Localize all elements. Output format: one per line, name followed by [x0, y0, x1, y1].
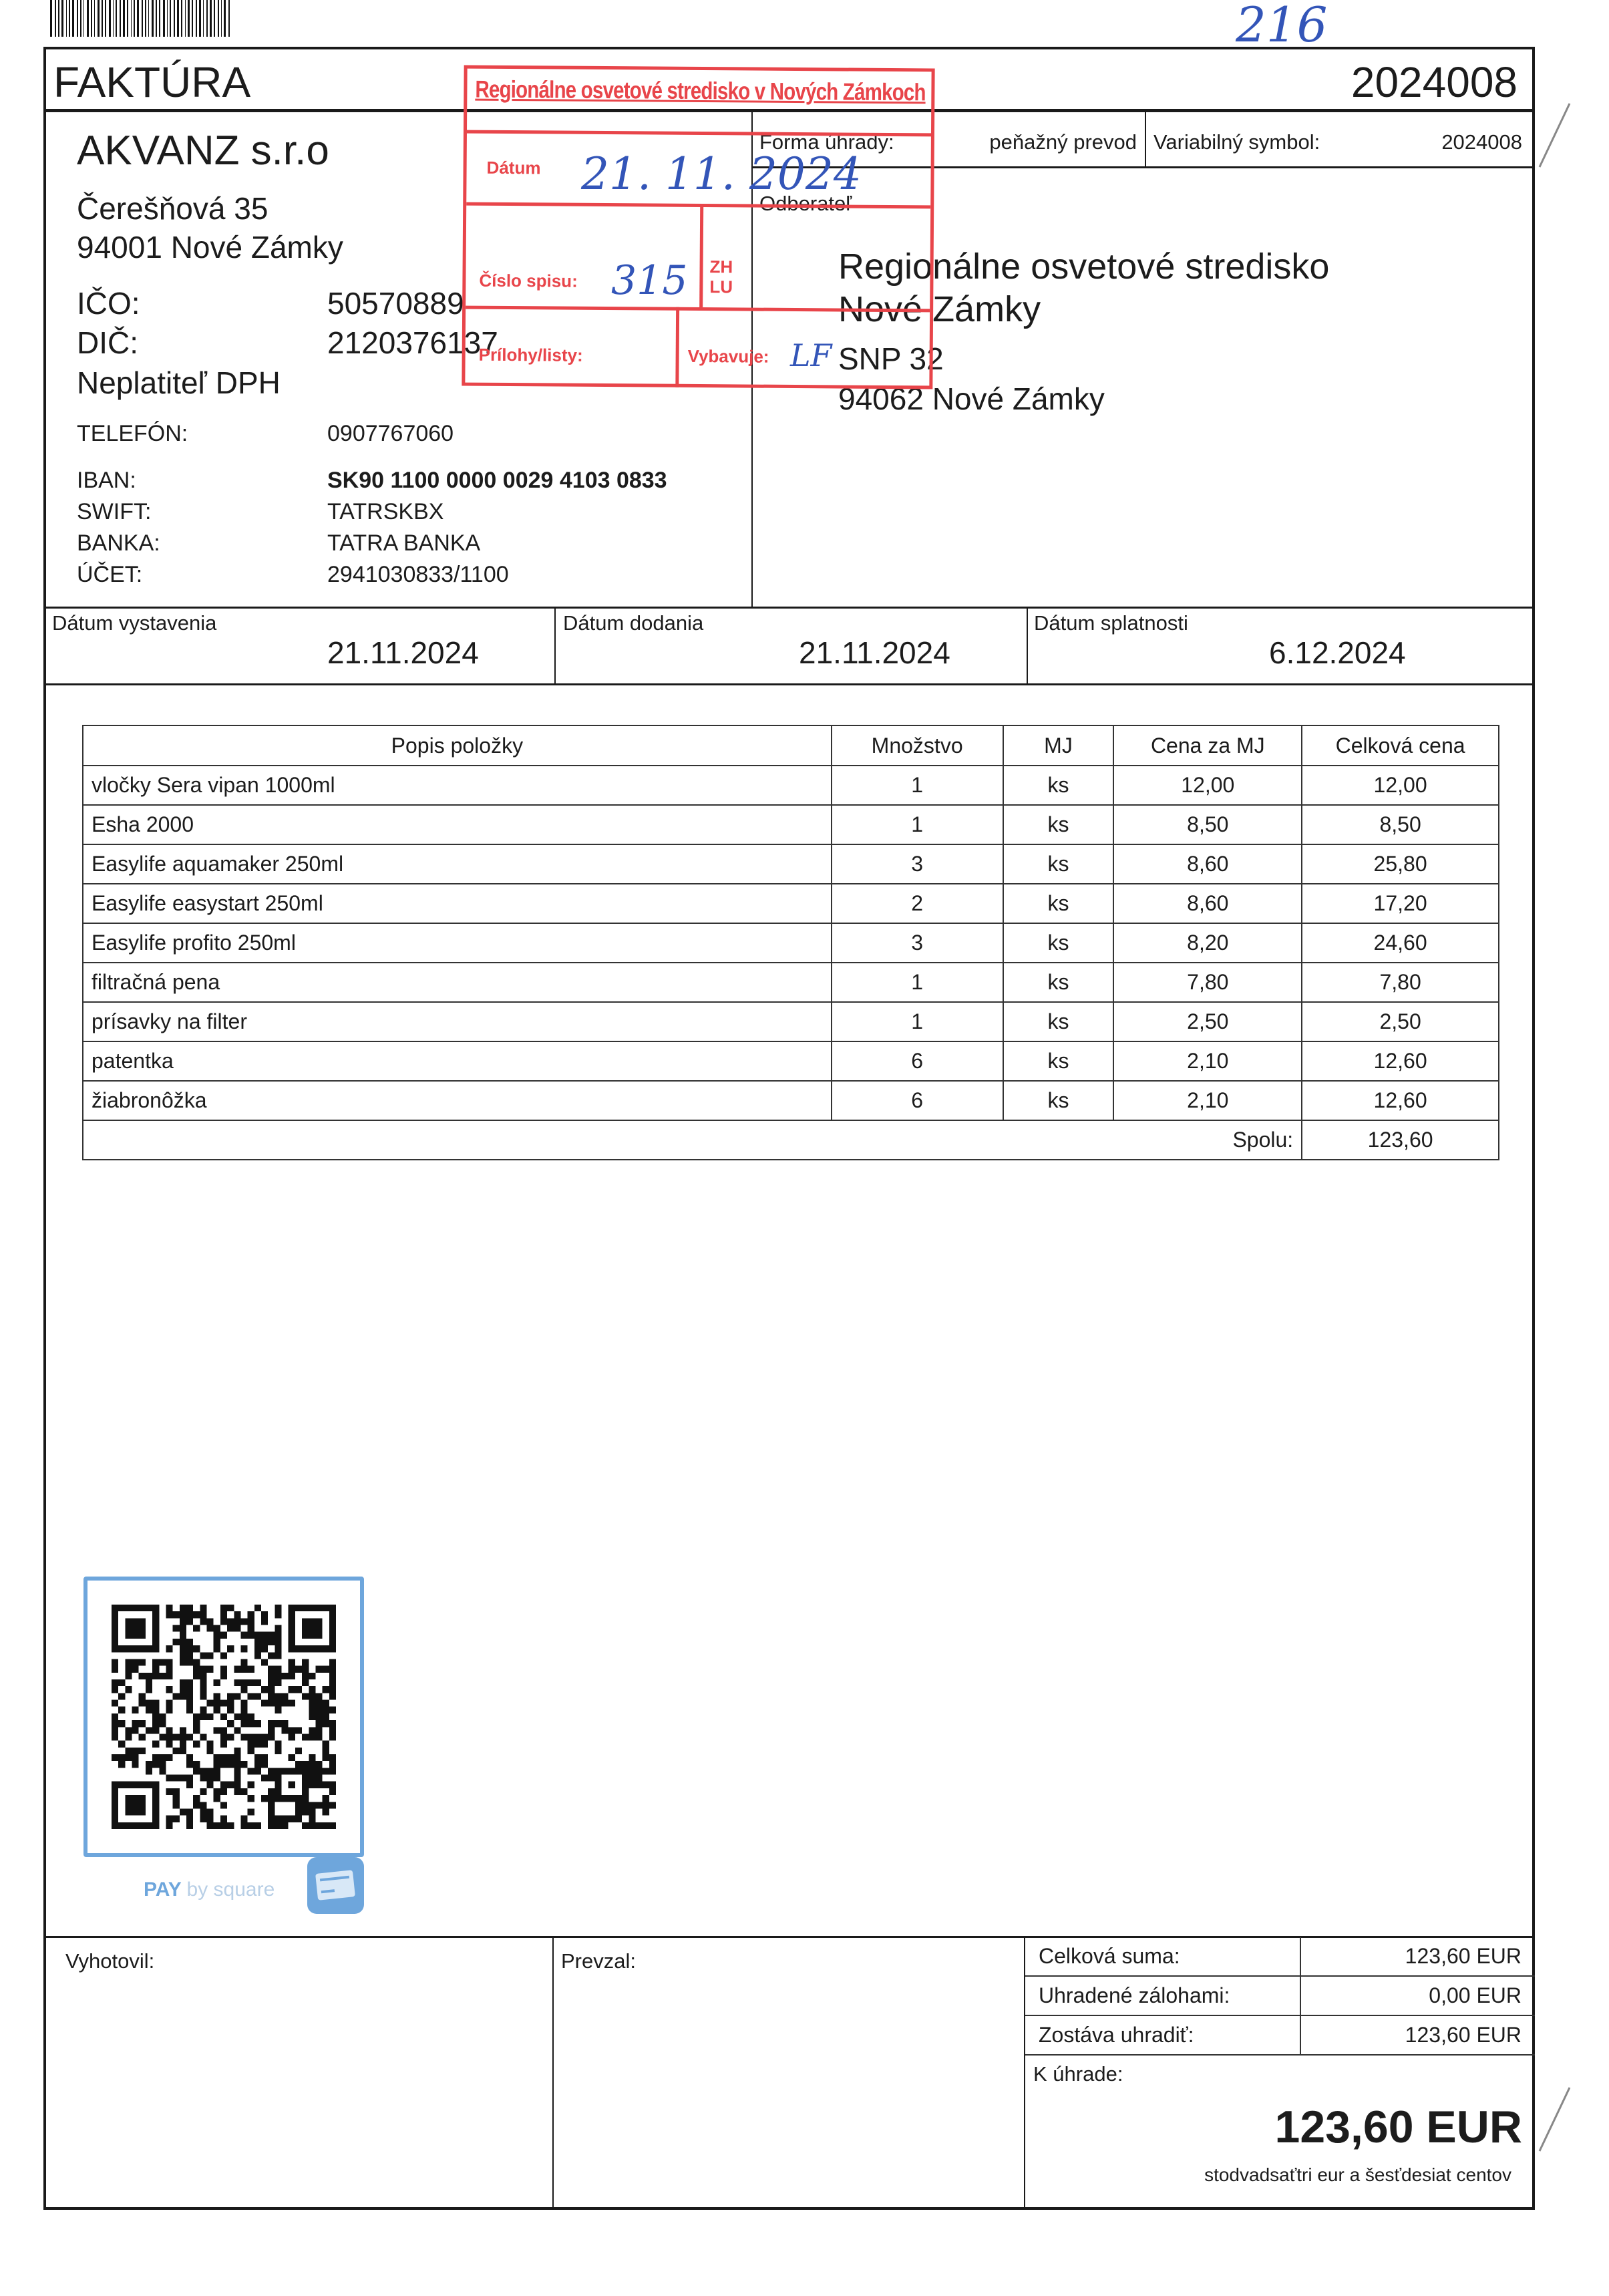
swift-value: TATRSKBX	[327, 499, 443, 525]
stamp-file-label: Číslo spisu:	[479, 271, 578, 292]
cell-unit: ks	[1003, 766, 1114, 805]
column-header-unit-price: Cena za MJ	[1113, 725, 1302, 766]
due-date-label: Dátum splatnosti	[1034, 611, 1188, 635]
cell-qty: 6	[832, 1041, 1003, 1081]
column-header-quantity: Množstvo	[832, 725, 1003, 766]
stamp-date-label: Dátum	[487, 158, 541, 179]
delivery-date-label: Dátum dodania	[563, 611, 703, 635]
remaining-value: 123,60 EUR	[1300, 2015, 1535, 2055]
stamp-divider	[466, 306, 930, 313]
cell-total: 24,60	[1302, 923, 1499, 963]
cell-price: 8,60	[1113, 884, 1302, 923]
issue-date-value: 21.11.2024	[327, 635, 479, 671]
cell-qty: 1	[832, 1002, 1003, 1041]
cell-price: 8,60	[1113, 844, 1302, 884]
cell-qty: 2	[832, 884, 1003, 923]
supplier-street: Čerešňová 35	[77, 190, 268, 226]
vat-status: Neplatiteľ DPH	[77, 365, 281, 401]
cell-unit: ks	[1003, 1002, 1114, 1041]
cell-price: 2,50	[1113, 1002, 1302, 1041]
dic-label: DIČ:	[77, 325, 138, 361]
cell-price: 2,10	[1113, 1041, 1302, 1081]
qr-code	[112, 1605, 336, 1829]
pay-by-square-frame	[83, 1577, 364, 1857]
cell-price: 7,80	[1113, 963, 1302, 1002]
stamp-divider	[467, 130, 931, 137]
cell-desc: žiabronôžka	[83, 1081, 832, 1120]
total-sum-value: 123,60 EUR	[1300, 1937, 1535, 1976]
phone-value: 0907767060	[327, 421, 454, 447]
cell-desc: vločky Sera vipan 1000ml	[83, 766, 832, 805]
iban-value: SK90 1100 0000 0029 4103 0833	[327, 468, 667, 494]
divider	[1145, 110, 1146, 167]
cell-qty: 3	[832, 844, 1003, 884]
delivery-date-value: 21.11.2024	[799, 635, 950, 671]
issue-date-label: Dátum vystavenia	[52, 611, 216, 635]
cell-qty: 3	[832, 923, 1003, 963]
advance-value: 0,00 EUR	[1300, 1976, 1535, 2015]
stamp-divider	[699, 204, 703, 307]
card-icon	[307, 1857, 364, 1914]
cell-price: 2,10	[1113, 1081, 1302, 1120]
items-table: Popis položky Množstvo MJ Cena za MJ Cel…	[82, 725, 1499, 1160]
cell-qty: 6	[832, 1081, 1003, 1120]
ico-value: 50570889	[327, 285, 464, 321]
received-by-label: Prevzal:	[561, 1949, 636, 1973]
account-value: 2941030833/1100	[327, 562, 509, 588]
pay-by-square-label: PAY by square	[144, 1878, 275, 1901]
cell-unit: ks	[1003, 923, 1114, 963]
cell-unit: ks	[1003, 1041, 1114, 1081]
cell-price: 8,50	[1113, 805, 1302, 844]
amount-due-label: K úhrade:	[1033, 2062, 1123, 2086]
cell-desc: patentka	[83, 1041, 832, 1081]
cell-unit: ks	[1003, 805, 1114, 844]
cell-desc: Easylife profito 250ml	[83, 923, 832, 963]
cell-total: 8,50	[1302, 805, 1499, 844]
handwritten-page-number: 216	[1236, 0, 1327, 53]
stamp-zh: ZH	[709, 257, 733, 276]
column-header-total-price: Celková cena	[1302, 725, 1499, 766]
table-row: Easylife profito 250ml3ks8,2024,60	[83, 923, 1499, 963]
cell-total: 7,80	[1302, 963, 1499, 1002]
divider	[43, 607, 1535, 609]
pay-label: PAY	[144, 1878, 181, 1901]
cell-unit: ks	[1003, 884, 1114, 923]
table-header-row: Popis položky Množstvo MJ Cena za MJ Cel…	[83, 725, 1499, 766]
cell-desc: Esha 2000	[83, 805, 832, 844]
totals-table: Celková suma: 123,60 EUR Uhradené záloha…	[1025, 1937, 1535, 2056]
divider	[554, 607, 556, 685]
handwritten-stamp-date: 21. 11. 2024	[581, 148, 862, 200]
stamp-divider	[675, 307, 679, 387]
cell-total: 25,80	[1302, 844, 1499, 884]
stamp-attachments-label: Prílohy/listy:	[479, 345, 583, 366]
stamp-title: Regionálne osvetové stredisko v Nových Z…	[475, 75, 926, 107]
table-row: Easylife aquamaker 250ml3ks8,6025,80	[83, 844, 1499, 884]
divider	[552, 1936, 554, 2210]
cell-total: 17,20	[1302, 884, 1499, 923]
remaining-label: Zostáva uhradiť:	[1025, 2015, 1300, 2055]
cell-qty: 1	[832, 766, 1003, 805]
divider	[1027, 607, 1028, 685]
handwritten-handler: LF	[790, 337, 832, 373]
checkmark-icon	[1536, 2084, 1576, 2158]
cell-total: 12,60	[1302, 1081, 1499, 1120]
variable-symbol-label: Variabilný symbol:	[1153, 130, 1320, 154]
sum-row: Spolu: 123,60	[83, 1120, 1499, 1160]
cell-unit: ks	[1003, 963, 1114, 1002]
registry-stamp: Regionálne osvetové stredisko v Nových Z…	[462, 65, 934, 389]
cell-unit: ks	[1003, 844, 1114, 884]
prepared-by-label: Vyhotovil:	[65, 1949, 154, 1973]
invoice-number: 2024008	[1351, 57, 1517, 107]
amount-due-words: stodvadsaťtri eur a šesťdesiat centov	[1204, 2164, 1511, 2186]
sum-value: 123,60	[1302, 1120, 1499, 1160]
table-row: žiabronôžka6ks2,1012,60	[83, 1081, 1499, 1120]
variable-symbol-value: 2024008	[1441, 130, 1522, 154]
totals-row: Celková suma: 123,60 EUR	[1025, 1937, 1535, 1976]
table-row: Easylife easystart 250ml2ks8,6017,20	[83, 884, 1499, 923]
iban-label: IBAN:	[77, 468, 136, 494]
table-row: prísavky na filter1ks2,502,50	[83, 1002, 1499, 1041]
cell-desc: filtračná pena	[83, 963, 832, 1002]
ico-label: IČO:	[77, 285, 140, 321]
due-date-value: 6.12.2024	[1269, 635, 1406, 671]
phone-label: TELEFÓN:	[77, 421, 188, 447]
account-label: ÚČET:	[77, 562, 142, 588]
totals-row: Zostáva uhradiť: 123,60 EUR	[1025, 2015, 1535, 2055]
cell-desc: Easylife easystart 250ml	[83, 884, 832, 923]
by-square-label: by square	[187, 1878, 275, 1901]
cell-total: 12,00	[1302, 766, 1499, 805]
bank-value: TATRA BANKA	[327, 530, 480, 556]
handwritten-file-number: 315	[611, 257, 688, 304]
total-sum-label: Celková suma:	[1025, 1937, 1300, 1976]
cell-qty: 1	[832, 963, 1003, 1002]
cell-price: 8,20	[1113, 923, 1302, 963]
supplier-city: 94001 Nové Zámky	[77, 229, 343, 265]
table-row: Esha 20001ks8,508,50	[83, 805, 1499, 844]
advance-label: Uhradené zálohami:	[1025, 1976, 1300, 2015]
checkmark-icon	[1536, 100, 1576, 174]
divider	[43, 683, 1535, 685]
stamp-divider	[466, 202, 930, 209]
column-header-description: Popis položky	[83, 725, 832, 766]
supplier-name: AKVANZ s.r.o	[77, 127, 329, 174]
amount-due-value: 123,60 EUR	[1275, 2101, 1522, 2153]
sum-label: Spolu:	[83, 1120, 1302, 1160]
swift-label: SWIFT:	[77, 499, 151, 525]
table-row: patentka6ks2,1012,60	[83, 1041, 1499, 1081]
cell-desc: prísavky na filter	[83, 1002, 832, 1041]
stamp-handler-label: Vybavuje:	[688, 346, 769, 367]
cell-total: 12,60	[1302, 1041, 1499, 1081]
payment-method-value: peňažný prevod	[989, 130, 1137, 154]
cell-total: 2,50	[1302, 1002, 1499, 1041]
column-header-unit: MJ	[1003, 725, 1114, 766]
cell-desc: Easylife aquamaker 250ml	[83, 844, 832, 884]
bank-label: BANKA:	[77, 530, 160, 556]
totals-row: Uhradené zálohami: 0,00 EUR	[1025, 1976, 1535, 2015]
table-row: vločky Sera vipan 1000ml1ks12,0012,00	[83, 766, 1499, 805]
cell-qty: 1	[832, 805, 1003, 844]
cell-unit: ks	[1003, 1081, 1114, 1120]
barcode	[50, 0, 277, 37]
stamp-lu: LU	[709, 277, 733, 296]
table-row: filtračná pena1ks7,807,80	[83, 963, 1499, 1002]
cell-price: 12,00	[1113, 766, 1302, 805]
document-title: FAKTÚRA	[53, 57, 250, 107]
